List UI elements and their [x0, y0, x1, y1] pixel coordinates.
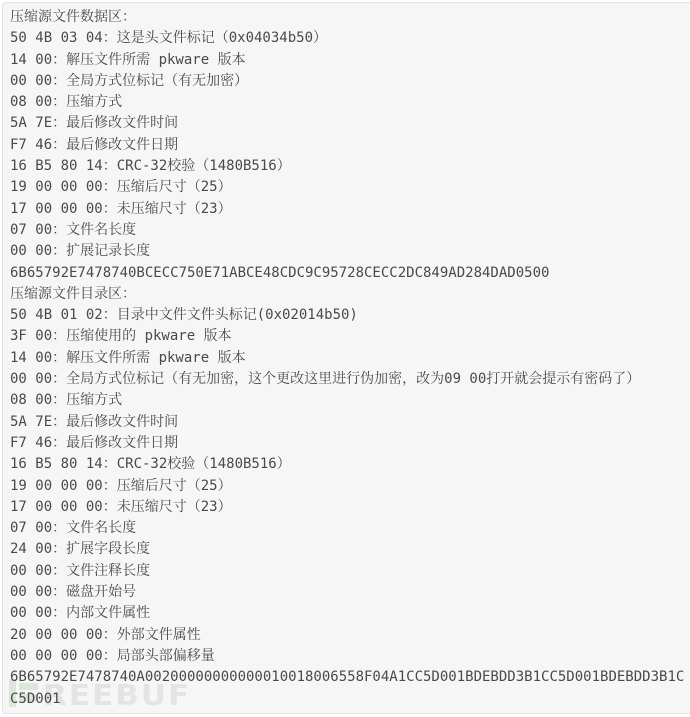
code-line: 00 00：扩展记录长度 [10, 241, 690, 262]
code-line: 16 B5 80 14：CRC-32校验（1480B516） [10, 454, 690, 475]
code-line: 5A 7E：最后修改文件时间 [10, 113, 690, 134]
code-line: 压缩源文件数据区： [10, 7, 690, 28]
code-line: 6B65792E7478740BCECC750E71ABCE48CDC9C957… [10, 263, 690, 284]
code-line: 19 00 00 00：压缩后尺寸（25） [10, 476, 690, 497]
code-line: 5A 7E：最后修改文件时间 [10, 412, 690, 433]
code-lines: 压缩源文件数据区：50 4B 03 04：这是头文件标记（0x04034b50）… [10, 7, 690, 710]
code-line: 00 00 00 00：局部头部偏移量 [10, 646, 690, 667]
code-line: 14 00：解压文件所需 pkware 版本 [10, 50, 690, 71]
code-line: 17 00 00 00：未压缩尺寸（23） [10, 199, 690, 220]
code-line: 压缩源文件目录区： [10, 284, 690, 305]
code-line: 00 00：内部文件属性 [10, 603, 690, 624]
code-line: 17 00 00 00：未压缩尺寸（23） [10, 497, 690, 518]
code-line: 00 00：磁盘开始号 [10, 582, 690, 603]
code-line: 00 00：文件注释长度 [10, 561, 690, 582]
code-line: 08 00：压缩方式 [10, 92, 690, 113]
code-line: F7 46：最后修改文件日期 [10, 135, 690, 156]
code-line: 07 00：文件名长度 [10, 220, 690, 241]
code-line: 24 00：扩展字段长度 [10, 539, 690, 560]
code-line: 07 00：文件名长度 [10, 518, 690, 539]
code-line: 16 B5 80 14：CRC-32校验（1480B516） [10, 156, 690, 177]
code-line: 08 00：压缩方式 [10, 390, 690, 411]
zip-hex-analysis-block: REEBUF 压缩源文件数据区：50 4B 03 04：这是头文件标记（0x04… [2, 2, 690, 714]
code-line: F7 46：最后修改文件日期 [10, 433, 690, 454]
code-line: 14 00：解压文件所需 pkware 版本 [10, 348, 690, 369]
code-line: 50 4B 03 04：这是头文件标记（0x04034b50） [10, 28, 690, 49]
code-line: 19 00 00 00：压缩后尺寸（25） [10, 177, 690, 198]
code-line: 3F 00：压缩使用的 pkware 版本 [10, 326, 690, 347]
code-line: C5D001 [10, 689, 690, 710]
code-line: 00 00：全局方式位标记（有无加密） [10, 71, 690, 92]
code-line: 20 00 00 00：外部文件属性 [10, 625, 690, 646]
code-line: 50 4B 01 02：目录中文件文件头标记(0x02014b50) [10, 305, 690, 326]
code-line: 6B65792E7478740A002000000000000100180065… [10, 667, 690, 688]
code-line: 00 00：全局方式位标记（有无加密，这个更改这里进行伪加密，改为09 00打开… [10, 369, 690, 390]
